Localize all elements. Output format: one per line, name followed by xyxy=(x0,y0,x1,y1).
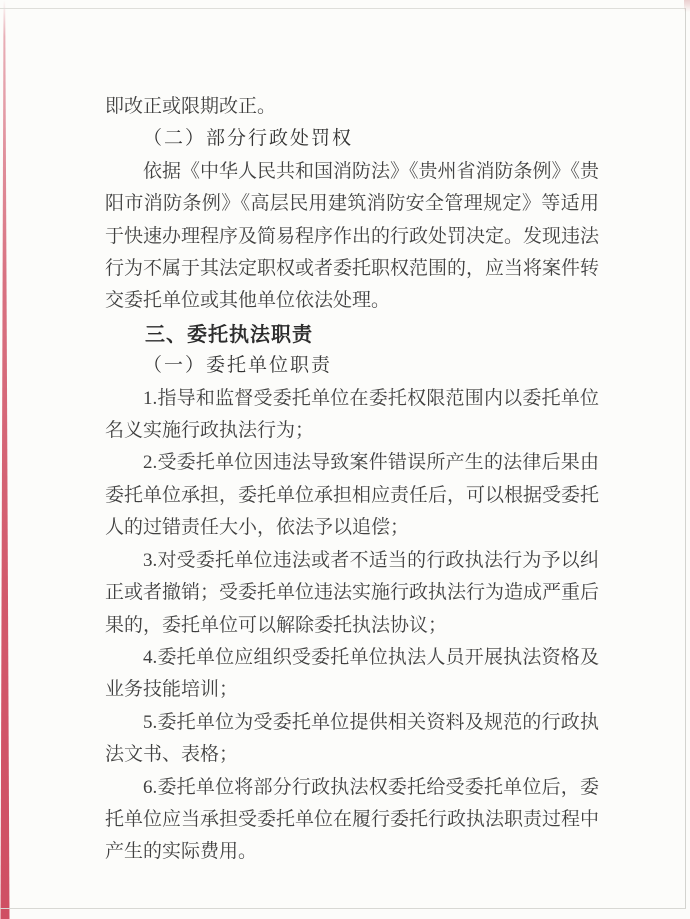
document-page: 即改正或限期改正。（二）部分行政处罚权依据《中华人民共和国消防法》《贵州省消防条… xyxy=(0,0,690,919)
paragraph: 依据《中华人民共和国消防法》《贵州省消防条例》《贵阳市消防条例》《高层民用建筑消… xyxy=(105,156,599,318)
paragraph: 3.对受委托单位违法或者不适当的行政执法行为予以纠正或者撤销；受委托单位违法实施… xyxy=(105,545,599,642)
document-body: 即改正或限期改正。（二）部分行政处罚权依据《中华人民共和国消防法》《贵州省消防条… xyxy=(105,91,599,869)
section-heading: （二）部分行政处罚权 xyxy=(105,123,599,155)
paragraph: 1.指导和监督受委托单位在委托权限范围内以委托单位名义实施行政执法行为； xyxy=(105,383,599,448)
paragraph: 4.委托单位应组织受委托单位执法人员开展执法资格及业务技能培训； xyxy=(105,642,599,707)
paragraph: 5.委托单位为受委托单位提供相关资料及规范的行政执法文书、表格； xyxy=(105,707,599,772)
scan-corner-tinge xyxy=(684,0,690,12)
paragraph: 即改正或限期改正。 xyxy=(105,91,599,123)
section-heading: 三、委托执法职责 xyxy=(105,318,599,350)
red-binding-edge xyxy=(0,0,12,919)
paragraph: 6.委托单位将部分行政执法权委托给受委托单位后，委托单位应当承担受委托单位在履行… xyxy=(105,772,599,869)
section-heading: （一）委托单位职责 xyxy=(105,350,599,382)
paragraph: 2.受委托单位因违法导致案件错误所产生的法律后果由委托单位承担，委托单位承担相应… xyxy=(105,447,599,544)
